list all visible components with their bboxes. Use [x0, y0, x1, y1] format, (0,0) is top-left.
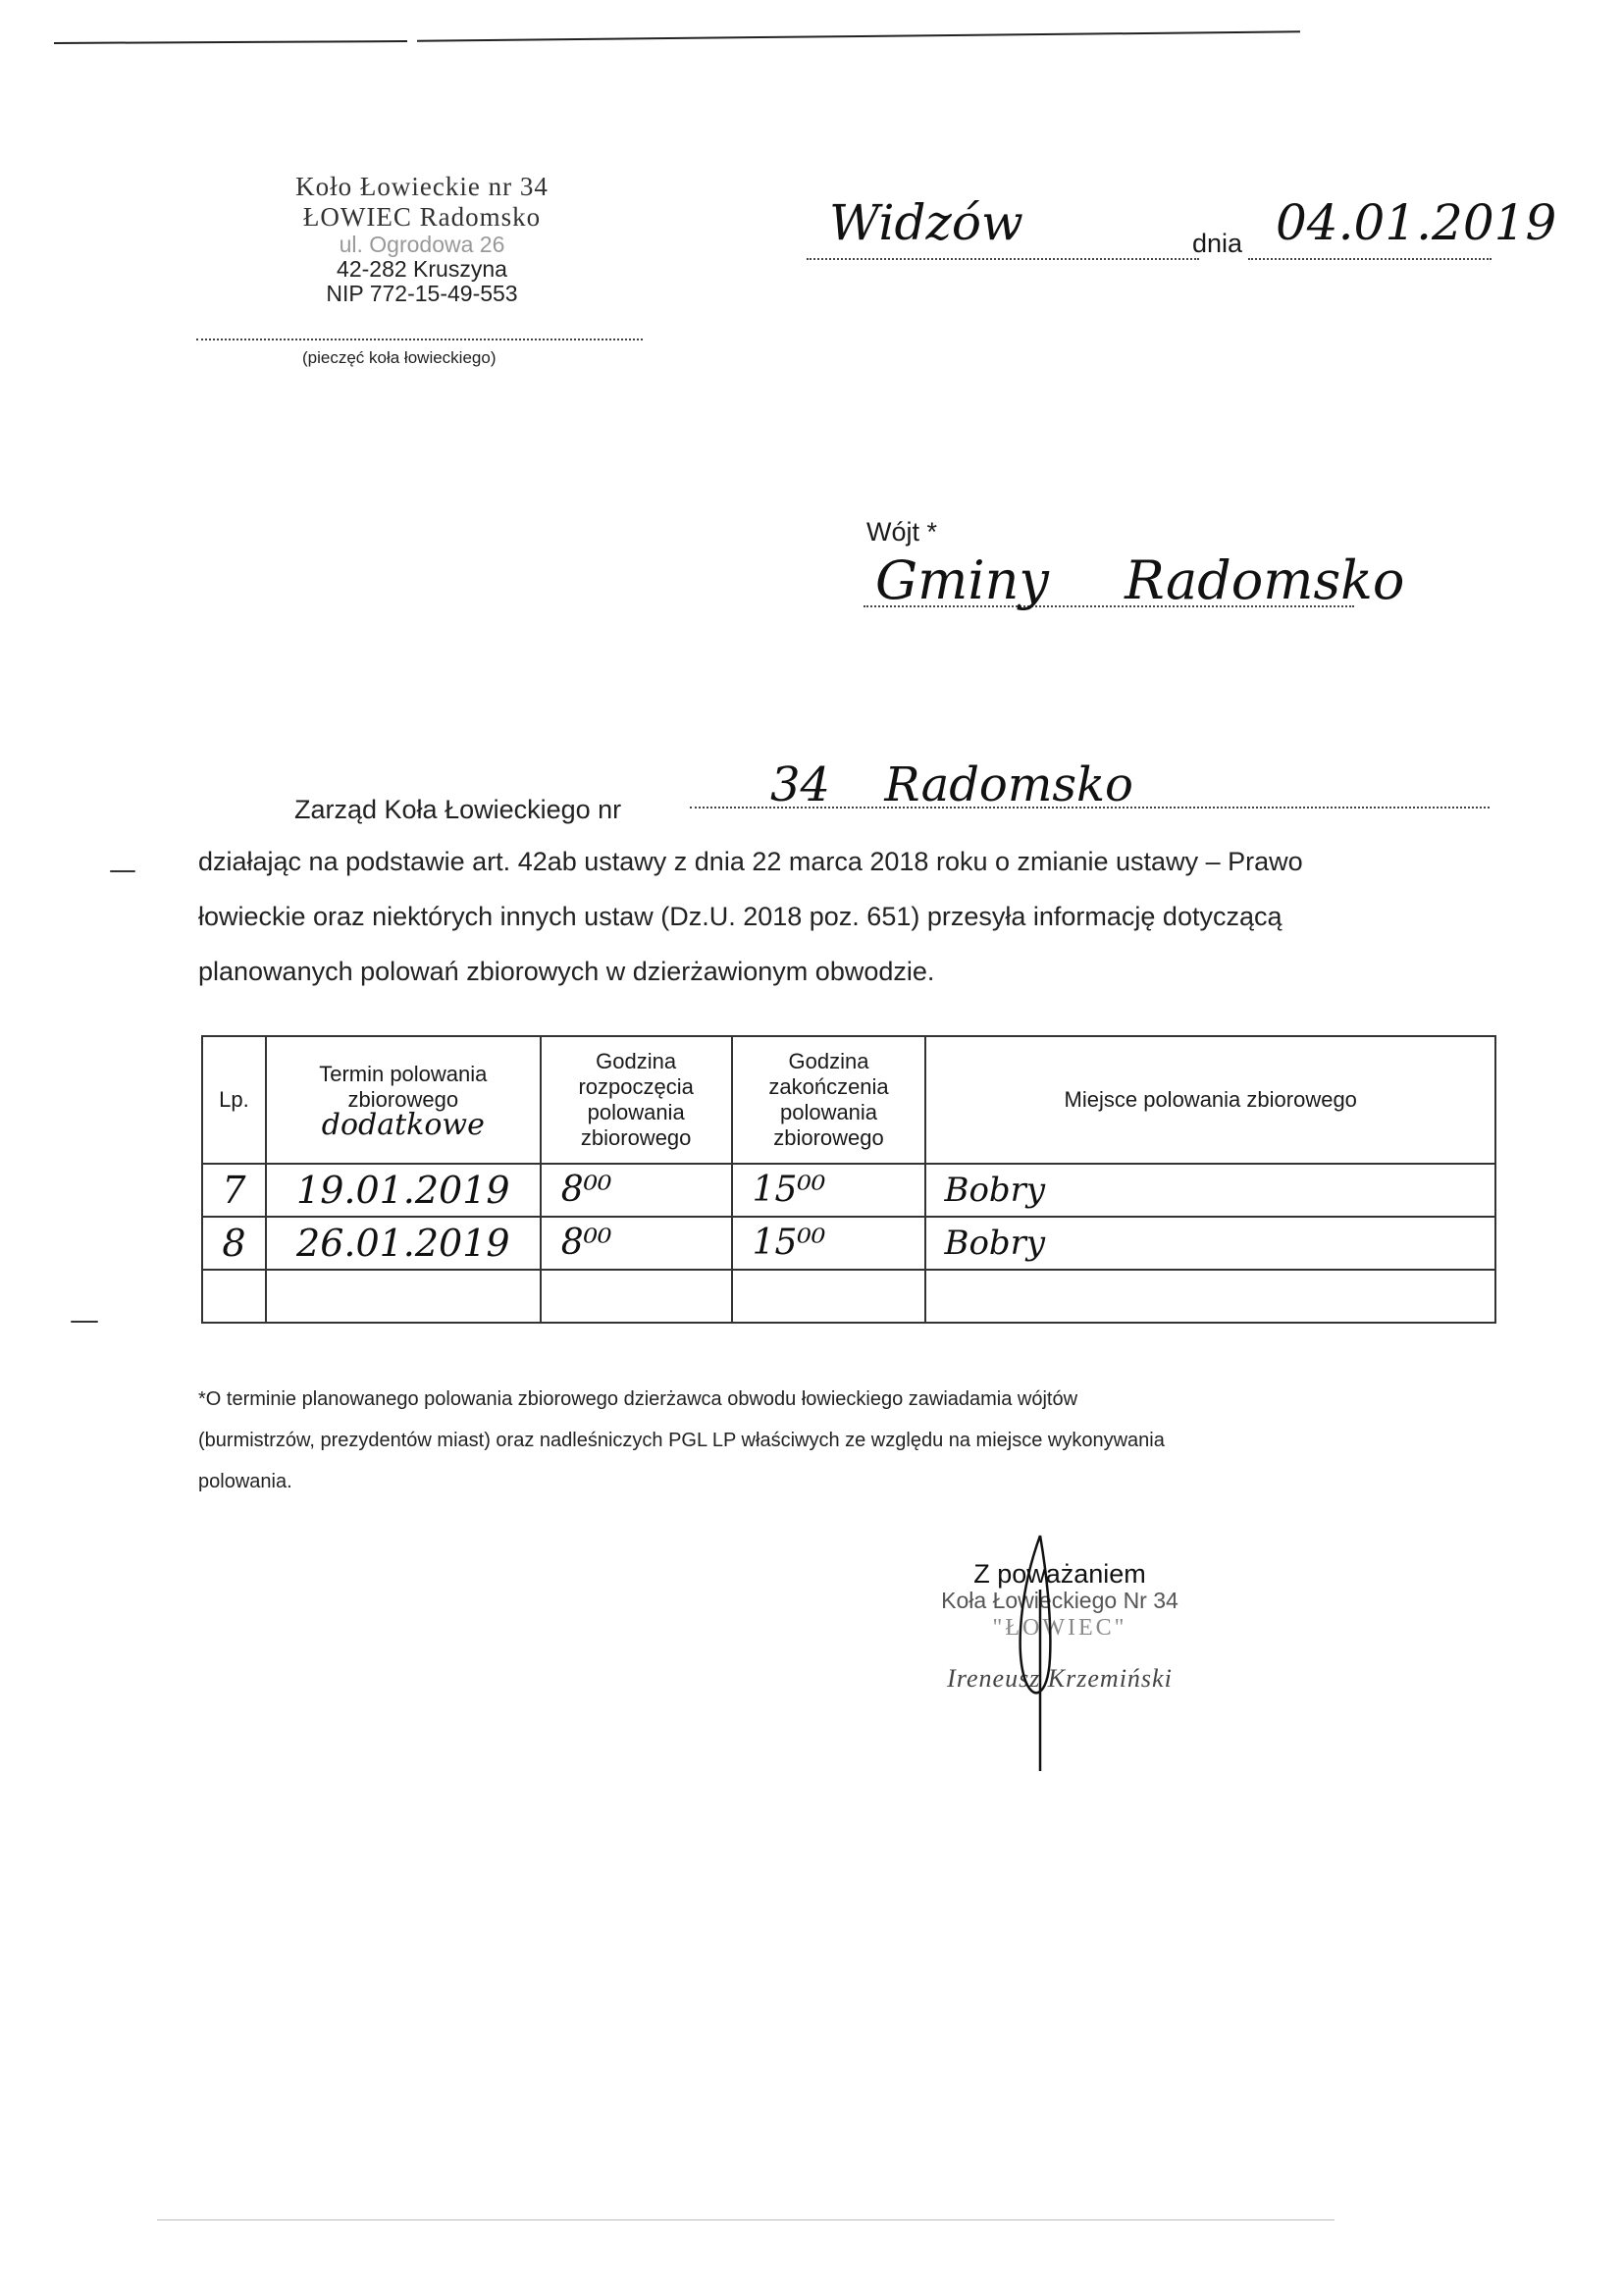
- header-term-label: Termin polowania zbiorowego: [271, 1062, 536, 1113]
- date-handwritten: 04.01.2019: [1276, 194, 1556, 251]
- header-place: Miejsce polowania zbiorowego: [925, 1036, 1495, 1164]
- cell-start-time[interactable]: 8⁰⁰: [541, 1217, 732, 1270]
- stamp-club-name: ŁOWIEC Radomsko: [196, 202, 648, 233]
- date-label: dnia: [1192, 229, 1242, 259]
- table-row: 7 19.01.2019 8⁰⁰ 15⁰⁰ Bobry: [202, 1164, 1495, 1217]
- cell-place[interactable]: Bobry: [925, 1164, 1495, 1217]
- header-term: Termin polowania zbiorowego dodatkowe: [266, 1036, 541, 1164]
- place-field[interactable]: [807, 258, 1199, 260]
- table-row: 8 26.01.2019 8⁰⁰ 15⁰⁰ Bobry: [202, 1217, 1495, 1270]
- cell-lp[interactable]: 7: [202, 1164, 266, 1217]
- cell-place[interactable]: [925, 1270, 1495, 1323]
- date-field[interactable]: [1248, 258, 1492, 260]
- table-header-row: Lp. Termin polowania zbiorowego dodatkow…: [202, 1036, 1495, 1164]
- stamp-nip: NIP 772-15-49-553: [196, 282, 648, 306]
- cell-start-time[interactable]: [541, 1270, 732, 1323]
- cell-start-time[interactable]: 8⁰⁰: [541, 1164, 732, 1217]
- header-end-time: Godzina zakończenia polowania zbiorowego: [732, 1036, 926, 1164]
- header-start-time: Godzina rozpoczęcia polowania zbiorowego: [541, 1036, 732, 1164]
- club-handwritten: 34 Radomsko: [770, 757, 1133, 812]
- scan-top-rule-right: [417, 30, 1300, 41]
- scan-bottom-rule: [157, 2219, 1335, 2220]
- stamp-dotted-line: [196, 339, 643, 340]
- cell-end-time[interactable]: [732, 1270, 926, 1323]
- body-paragraph: działając na podstawie art. 42ab ustawy …: [198, 834, 1503, 999]
- paragraph-line-2: łowieckie oraz niektórych innych ustaw (…: [198, 889, 1503, 944]
- stamp-club-number: Koło Łowieckie nr 34: [196, 172, 648, 202]
- footnote: *O terminie planowanego polowania zbioro…: [198, 1379, 1498, 1502]
- cell-date[interactable]: 19.01.2019: [266, 1164, 541, 1217]
- cell-place[interactable]: Bobry: [925, 1217, 1495, 1270]
- stamp-street: ul. Ogrodowa 26: [196, 233, 648, 257]
- hunt-schedule-table: Lp. Termin polowania zbiorowego dodatkow…: [201, 1035, 1496, 1324]
- cell-date[interactable]: 26.01.2019: [266, 1217, 541, 1270]
- header-lp: Lp.: [202, 1036, 266, 1164]
- addressee-label: Wójt *: [866, 517, 937, 548]
- addressee-handwritten: Gminy Radomsko: [875, 549, 1404, 611]
- scan-top-rule-left: [54, 40, 407, 44]
- cell-lp[interactable]: 8: [202, 1217, 266, 1270]
- stamp-caption: (pieczęć koła łowieckiego): [302, 348, 496, 368]
- cell-end-time[interactable]: 15⁰⁰: [732, 1217, 926, 1270]
- table-row: [202, 1270, 1495, 1323]
- club-stamp: Koło Łowieckie nr 34 ŁOWIEC Radomsko ul.…: [196, 172, 648, 306]
- footnote-line-2: (burmistrzów, prezydentów miast) oraz na…: [198, 1420, 1498, 1461]
- place-handwritten: Widzów: [829, 194, 1023, 251]
- stamp-city: 42-282 Kruszyna: [196, 257, 648, 282]
- footnote-line-1: *O terminie planowanego polowania zbioro…: [198, 1379, 1498, 1420]
- intro-label: Zarząd Koła Łowieckiego nr: [294, 782, 621, 837]
- footnote-line-3: polowania.: [198, 1461, 1498, 1502]
- paragraph-line-3: planowanych polowań zbiorowych w dzierża…: [198, 944, 1503, 999]
- paragraph-line-1: działając na podstawie art. 42ab ustawy …: [198, 834, 1503, 889]
- header-term-handwritten: dodatkowe: [271, 1113, 536, 1138]
- cell-lp[interactable]: [202, 1270, 266, 1323]
- signature-icon: [1011, 1531, 1070, 1776]
- margin-mark: [71, 1321, 98, 1323]
- cell-date[interactable]: [266, 1270, 541, 1323]
- margin-mark: [110, 870, 135, 872]
- cell-end-time[interactable]: 15⁰⁰: [732, 1164, 926, 1217]
